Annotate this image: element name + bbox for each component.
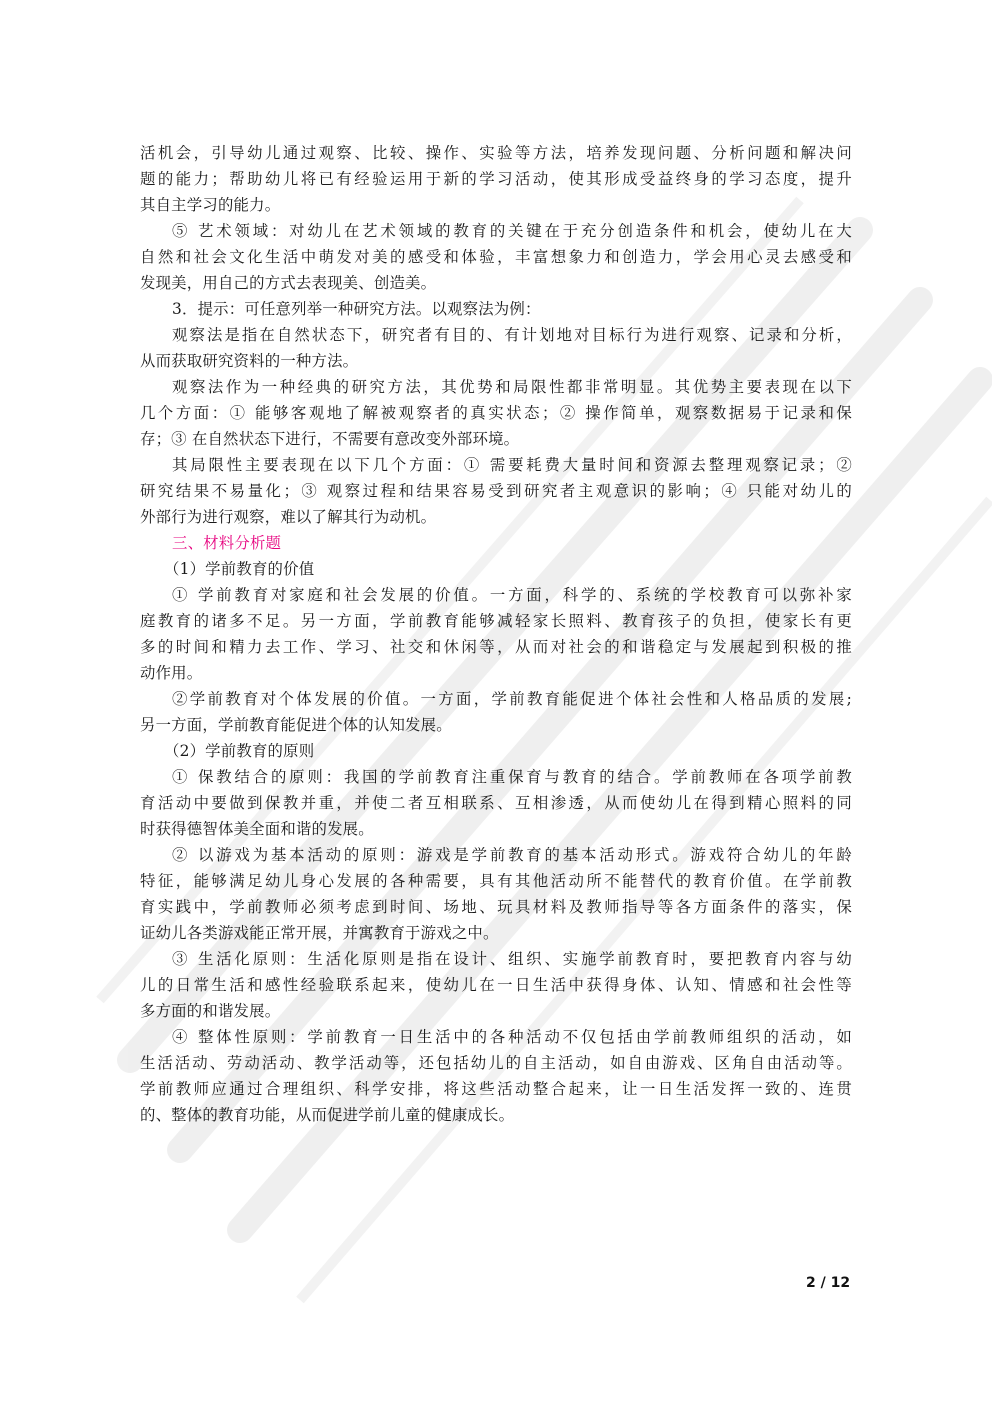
text-line: 庭教育的诸多不足。另一方面，学前教育能够减轻家长照料、教育孩子的负担，使家长有更 — [140, 608, 852, 634]
text-line: 育实践中，学前教师必须考虑到时间、场地、玩具材料及教师指导等各方面条件的落实，保 — [140, 894, 852, 920]
text-line: 存；③ 在自然状态下进行，不需要有意改变外部环境。 — [140, 426, 852, 452]
text-line: 的、整体的教育功能，从而促进学前儿童的健康成长。 — [140, 1102, 852, 1128]
text-line: （2）学前教育的原则 — [140, 738, 852, 764]
page-number: 2 / 12 — [806, 1275, 850, 1291]
text-line: 儿的日常生活和感性经验联系起来，使幼儿在一日生活中获得身体、认知、情感和社会性等 — [140, 972, 852, 998]
text-line: ③ 生活化原则：生活化原则是指在设计、组织、实施学前教育时，要把教育内容与幼 — [140, 946, 852, 972]
text-line: 3．提示：可任意列举一种研究方法。以观察法为例： — [140, 296, 852, 322]
text-line: ① 保教结合的原则：我国的学前教育注重保育与教育的结合。学前教师在各项学前教 — [140, 764, 852, 790]
text-line: 外部行为进行观察，难以了解其行为动机。 — [140, 504, 852, 530]
text-line: 另一方面，学前教育能促进个体的认知发展。 — [140, 712, 852, 738]
text-line: 活机会，引导幼儿通过观察、比较、操作、实验等方法，培养发现问题、分析问题和解决问 — [140, 140, 852, 166]
text-line: 学前教师应通过合理组织、科学安排，将这些活动整合起来，让一日生活发挥一致的、连贯 — [140, 1076, 852, 1102]
text-line: （1）学前教育的价值 — [140, 556, 852, 582]
text-line: 观察法作为一种经典的研究方法，其优势和局限性都非常明显。其优势主要表现在以下 — [140, 374, 852, 400]
text-line: 多的时间和精力去工作、学习、社交和休闲等，从而对社会的和谐稳定与发展起到积极的推 — [140, 634, 852, 660]
text-line: 时获得德智体美全面和谐的发展。 — [140, 816, 852, 842]
text-line: 特征，能够满足幼儿身心发展的各种需要，具有其他活动所不能替代的教育价值。在学前教 — [140, 868, 852, 894]
text-line: 生活活动、劳动活动、教学活动等，还包括幼儿的自主活动，如自由游戏、区角自由活动等… — [140, 1050, 852, 1076]
text-line: ②学前教育对个体发展的价值。一方面，学前教育能促进个体社会性和人格品质的发展; — [140, 686, 852, 712]
text-line: 育活动中要做到保教并重，并使二者互相联系、互相渗透，从而使幼儿在得到精心照料的同 — [140, 790, 852, 816]
section-heading: 三、材料分析题 — [140, 530, 852, 556]
text-line: 证幼儿各类游戏能正常开展，并寓教育于游戏之中。 — [140, 920, 852, 946]
text-line: ① 学前教育对家庭和社会发展的价值。一方面，科学的、系统的学校教育可以弥补家 — [140, 582, 852, 608]
text-line: 发现美，用自己的方式去表现美、创造美。 — [140, 270, 852, 296]
text-line: 观察法是指在自然状态下，研究者有目的、有计划地对目标行为进行观察、记录和分析， — [140, 322, 852, 348]
text-line: ② 以游戏为基本活动的原则：游戏是学前教育的基本活动形式。游戏符合幼儿的年龄 — [140, 842, 852, 868]
text-line: 其自主学习的能力。 — [140, 192, 852, 218]
text-line: 多方面的和谐发展。 — [140, 998, 852, 1024]
text-line: ④ 整体性原则：学前教育一日生活中的各种活动不仅包括由学前教师组织的活动，如 — [140, 1024, 852, 1050]
document-body: 活机会，引导幼儿通过观察、比较、操作、实验等方法，培养发现问题、分析问题和解决问… — [140, 140, 852, 1128]
text-line: 自然和社会文化生活中萌发对美的感受和体验，丰富想象力和创造力，学会用心灵去感受和 — [140, 244, 852, 270]
text-line: 研究结果不易量化；③ 观察过程和结果容易受到研究者主观意识的影响；④ 只能对幼儿… — [140, 478, 852, 504]
text-line: 题的能力；帮助幼儿将已有经验运用于新的学习活动，使其形成受益终身的学习态度，提升 — [140, 166, 852, 192]
text-line: ⑤ 艺术领域：对幼儿在艺术领域的教育的关键在于充分创造条件和机会，使幼儿在大 — [140, 218, 852, 244]
text-line: 其局限性主要表现在以下几个方面：① 需要耗费大量时间和资源去整理观察记录；② — [140, 452, 852, 478]
text-line: 几个方面：① 能够客观地了解被观察者的真实状态；② 操作简单，观察数据易于记录和… — [140, 400, 852, 426]
text-line: 动作用。 — [140, 660, 852, 686]
text-line: 从而获取研究资料的一种方法。 — [140, 348, 852, 374]
